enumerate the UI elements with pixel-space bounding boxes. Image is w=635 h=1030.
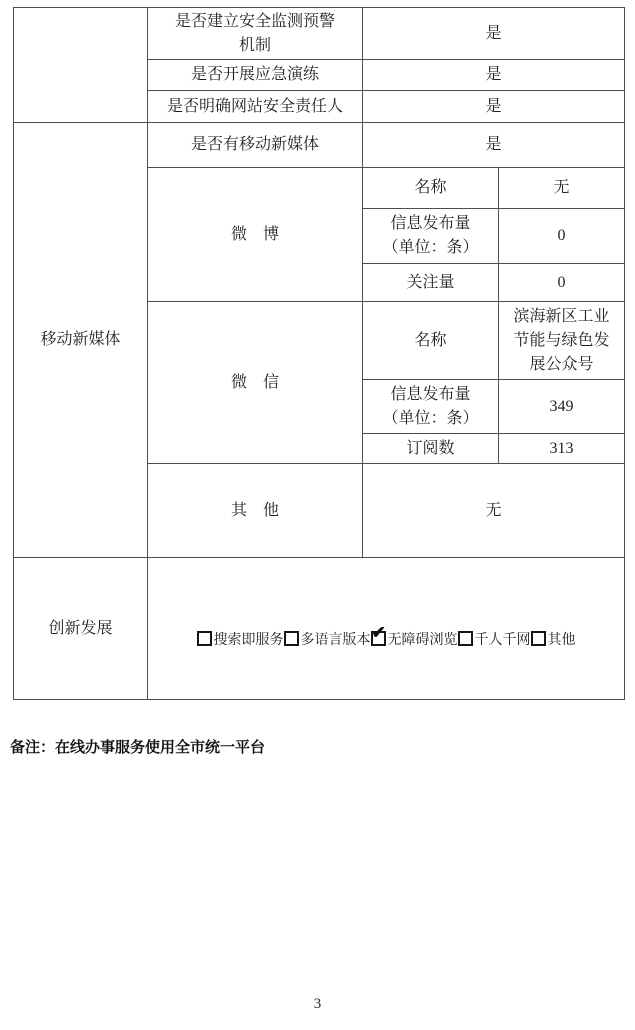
weibo-name-value: 无 <box>499 168 625 209</box>
remark-note: 备注：在线办事服务使用全市统一平台 <box>10 736 265 757</box>
other-media-value: 无 <box>363 464 625 558</box>
checkbox-option-other[interactable]: 其他 <box>531 629 576 653</box>
checkbox-icon[interactable] <box>197 631 212 646</box>
innovation-options-cell: 搜索即服务多语言版本无障碍浏览千人千网其他 <box>148 558 625 700</box>
wechat-name-label: 名称 <box>363 302 499 380</box>
mobile-media-has-question: 是否有移动新媒体 <box>148 123 363 168</box>
wechat-posts-label: 信息发布量 （单位：条） <box>363 380 499 434</box>
security-answer-responsible: 是 <box>363 91 625 123</box>
wechat-posts-value: 349 <box>499 380 625 434</box>
security-question-responsible: 是否明确网站安全责任人 <box>148 91 363 123</box>
mobile-media-has-answer: 是 <box>363 123 625 168</box>
weibo-followers-value: 0 <box>499 264 625 302</box>
innovation-row: 创新发展 搜索即服务多语言版本无障碍浏览千人千网其他 <box>14 558 625 700</box>
checkbox-icon[interactable] <box>284 631 299 646</box>
weibo-followers-label: 关注量 <box>363 264 499 302</box>
checkbox-label: 其他 <box>548 633 576 648</box>
checkbox-icon[interactable] <box>371 631 386 646</box>
checkbox-label: 无障碍浏览 <box>388 633 458 648</box>
security-row-monitor: 是否建立安全监测预警 机制 是 <box>14 8 625 60</box>
other-media-label: 其 他 <box>148 464 363 558</box>
checkbox-label: 多语言版本 <box>301 633 371 648</box>
checkbox-icon[interactable] <box>531 631 546 646</box>
checkbox-option-multilingual[interactable]: 多语言版本 <box>284 629 371 653</box>
checkbox-option-search-service[interactable]: 搜索即服务 <box>197 629 284 653</box>
checkbox-label: 搜索即服务 <box>214 633 284 648</box>
wechat-label-cell: 微 信 <box>148 302 363 464</box>
weibo-label-cell: 微 博 <box>148 168 363 302</box>
mobile-media-section-label: 移动新媒体 <box>14 123 148 558</box>
wechat-name-value: 滨海新区工业 节能与绿色发 展公众号 <box>499 302 625 380</box>
innovation-section-label: 创新发展 <box>14 558 148 700</box>
wechat-subscribers-label: 订阅数 <box>363 434 499 464</box>
security-question-monitor: 是否建立安全监测预警 机制 <box>148 8 363 60</box>
security-answer-monitor: 是 <box>363 8 625 60</box>
mobile-media-has-row: 移动新媒体 是否有移动新媒体 是 <box>14 123 625 168</box>
weibo-posts-value: 0 <box>499 209 625 264</box>
innovation-options-line: 搜索即服务多语言版本无障碍浏览千人千网其他 <box>197 629 576 653</box>
security-answer-drill: 是 <box>363 60 625 91</box>
security-section-label-cell <box>14 8 148 123</box>
checkbox-option-accessibility[interactable]: 无障碍浏览 <box>371 629 458 653</box>
checkbox-icon[interactable] <box>458 631 473 646</box>
security-question-drill: 是否开展应急演练 <box>148 60 363 91</box>
weibo-posts-label: 信息发布量 （单位：条） <box>363 209 499 264</box>
checkbox-option-personalized[interactable]: 千人千网 <box>458 629 531 653</box>
page-number: 3 <box>0 996 635 1013</box>
weibo-name-label: 名称 <box>363 168 499 209</box>
checkbox-label: 千人千网 <box>475 633 531 648</box>
wechat-subscribers-value: 313 <box>499 434 625 464</box>
report-table: 是否建立安全监测预警 机制 是 是否开展应急演练 是 是否明确网站安全责任人 是… <box>13 7 625 700</box>
